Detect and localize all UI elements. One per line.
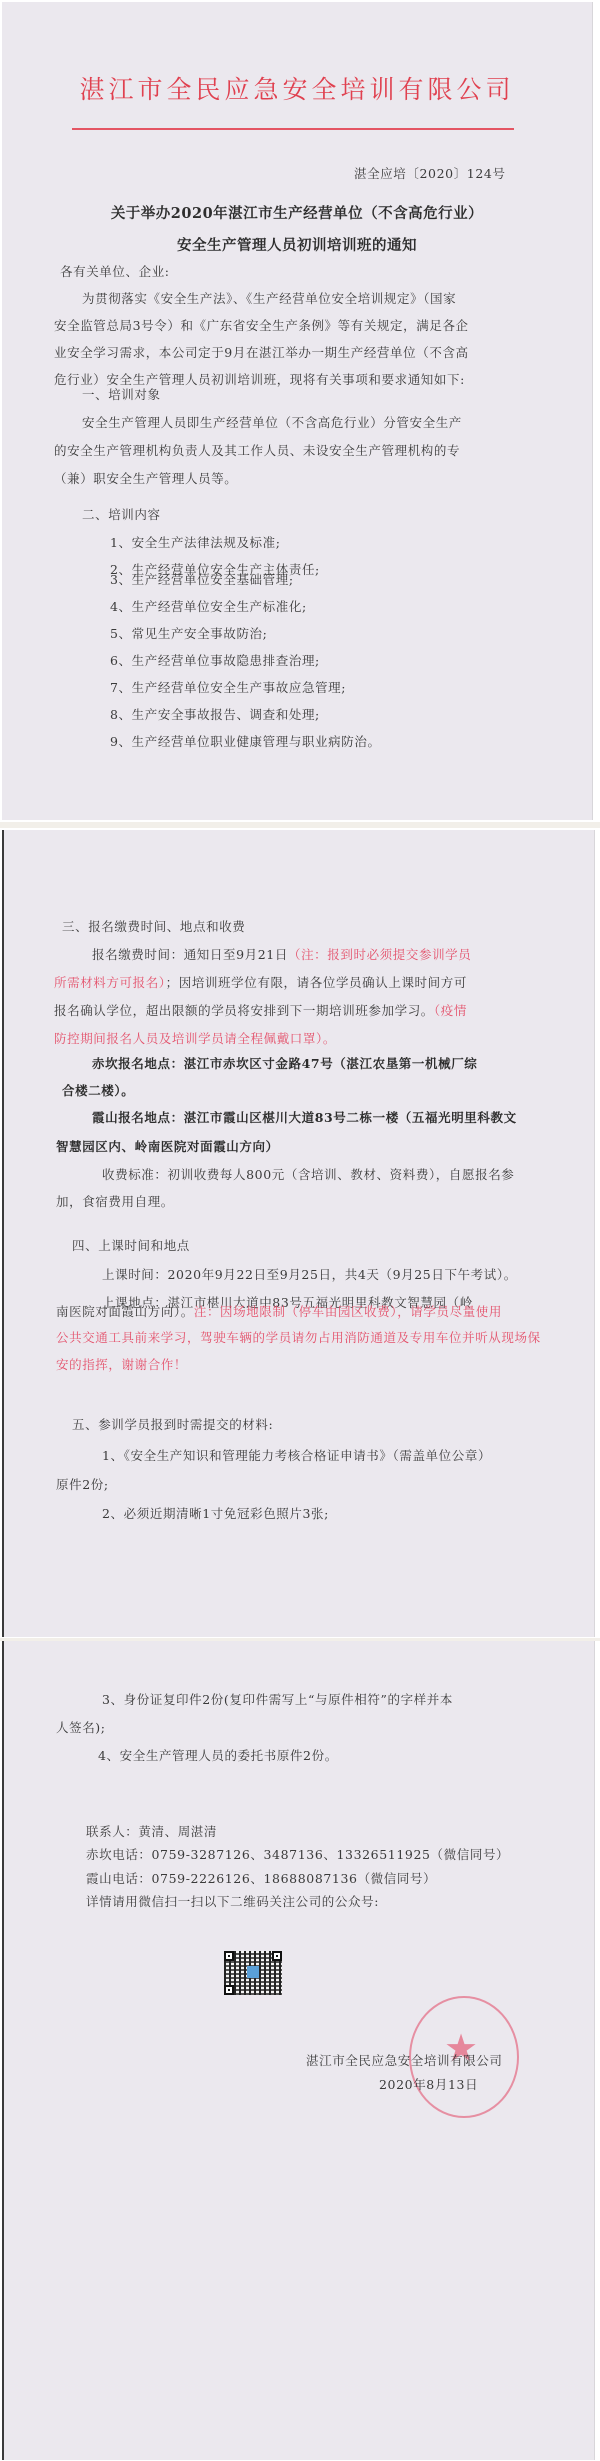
signature-date: 2020年8月13日 xyxy=(379,2077,478,2093)
page-separator xyxy=(0,822,600,828)
parking-note: 公共交通工具前来学习，驾驶车辆的学员请勿占用消防通道及专用车位并听从现场保 xyxy=(56,1330,541,1346)
document-title-line-2: 安全生产管理人员初训培训班的通知 xyxy=(2,234,592,255)
xiashan-phone: 霞山电话：0759-2226126、18688087136（微信同号） xyxy=(86,1871,436,1887)
qr-finder-pattern xyxy=(224,1985,234,1995)
document-page-3: 3、身份证复印件2份(复印件需写上“与原件相符”的字样并本 人签名); 4、安全… xyxy=(2,1641,595,2460)
materials-item: 人签名); xyxy=(56,1720,106,1736)
registration-time: 报名缴费时间：通知日至9月21日（注：报到时必须提交参训学员 xyxy=(92,947,471,963)
intro-line: 业安全学习需求，本公司定于9月在湛江举办一期生产经营单位（不含高 xyxy=(54,345,469,361)
section-3-heading: 三、报名缴费时间、地点和收费 xyxy=(62,919,245,935)
parking-note: 注：因场地限制（停车由园区收费），请学员尽量使用 xyxy=(194,1304,502,1319)
fee-standard: 收费标准：初训收费每人800元（含培训、教材、资料费），自愿报名参 xyxy=(102,1167,514,1183)
registration-time-text: 报名缴费时间：通知日至9月21日 xyxy=(92,947,288,962)
registration-time-cont: 所需材料方可报名）；因培训班学位有限，请各位学员确认上课时间方可 xyxy=(54,975,467,991)
materials-item: 4、安全生产管理人员的委托书原件2份。 xyxy=(98,1748,338,1764)
letterhead-title: 湛江市全民应急安全培训有限公司 xyxy=(2,70,592,106)
registration-note: （注：报到时必须提交参训学员 xyxy=(288,947,471,962)
class-time: 上课时间：2020年9月22日至9月25日，共4天（9月25日下午考试）。 xyxy=(102,1267,517,1283)
chikan-registration-address: 合楼二楼）。 xyxy=(62,1083,134,1099)
training-content-item: 6、生产经营单位事故隐患排查治理; xyxy=(110,653,320,669)
training-content-item: 7、生产经营单位安全生产事故应急管理; xyxy=(110,680,346,696)
qr-prompt: 详情请用微信扫一扫以下二维码关注公司的公众号: xyxy=(86,1894,379,1910)
section-1-text: 的安全生产管理机构负责人及其工作人员、未设安全生产管理机构的专 xyxy=(54,443,460,459)
section-1-text: （兼）职安全生产管理人员等。 xyxy=(54,471,237,487)
training-content-item: 9、生产经营单位职业健康管理与职业病防治。 xyxy=(110,734,381,750)
registration-time-text: ；因培训班学位有限，请各位学员确认上课时间方可 xyxy=(166,975,467,990)
section-1-heading: 一、培训对象 xyxy=(82,387,161,403)
section-4-heading: 四、上课时间和地点 xyxy=(72,1238,190,1254)
intro-line: 危行业）安全生产管理人员初训培训班，现将有关事项和要求通知如下: xyxy=(54,372,465,388)
class-location-cont: 南医院对面霞山方向）。注：因场地限制（停车由园区收费），请学员尽量使用 xyxy=(56,1304,502,1320)
document-page-1: 湛江市全民应急安全培训有限公司 湛全应培〔2020〕124号 关于举办2020年… xyxy=(2,2,593,820)
section-1-text: 安全生产管理人员即生产经营单位（不含高危行业）分管安全生产 xyxy=(82,415,462,431)
signature-company: 湛江市全民应急安全培训有限公司 xyxy=(306,2053,503,2069)
training-content-item: 5、常见生产安全事故防治; xyxy=(110,626,267,642)
materials-item: 3、身份证复印件2份(复印件需写上“与原件相符”的字样并本 xyxy=(102,1692,453,1708)
registration-note: 所需材料方可报名） xyxy=(54,975,166,990)
registration-time-text: 报名确认学位，超出限额的学员将安排到下一期培训班参加学习。 xyxy=(54,1003,434,1018)
intro-line: 安全监管总局3号令）和《广东省安全生产条例》等有关规定，满足各企 xyxy=(54,318,469,334)
epidemic-note: 防控期间报名人员及培训学员请全程佩戴口罩）。 xyxy=(54,1031,336,1047)
letterhead-red-rule xyxy=(72,128,514,130)
document-number: 湛全应培〔2020〕124号 xyxy=(354,166,506,182)
salutation: 各有关单位、企业: xyxy=(60,264,170,280)
training-content-item: 8、生产安全事故报告、调查和处理; xyxy=(110,707,320,723)
intro-line: 为贯彻落实《安全生产法》、《生产经营单位安全培训规定》（国家 xyxy=(82,291,456,307)
materials-item: 原件2份; xyxy=(56,1477,109,1493)
document-title-line-1: 关于举办2020年湛江市生产经营单位（不含高危行业） xyxy=(2,202,592,223)
training-content-item: 4、生产经营单位安全生产标准化; xyxy=(110,599,307,615)
parking-note: 安的指挥，谢谢合作！ xyxy=(56,1357,187,1373)
chikan-registration-address: 赤坎报名地点：湛江市赤坎区寸金路47号（湛江农垦第一机械厂综 xyxy=(92,1056,477,1072)
materials-item: 2、必须近期清晰1寸免冠彩色照片3张; xyxy=(102,1506,329,1522)
registration-time-cont: 报名确认学位，超出限额的学员将安排到下一期培训班参加学习。（疫情 xyxy=(54,1003,467,1019)
xiashan-registration-address: 霞山报名地点：湛江市霞山区椹川大道83号二栋一楼（五福光明里科教文 xyxy=(92,1110,517,1126)
chikan-phone: 赤坎电话：0759-3287126、3487136、13326511925（微信… xyxy=(86,1847,509,1863)
training-content-item: 3、生产经营单位安全基础管理; xyxy=(110,572,294,588)
class-location-text: 南医院对面霞山方向）。 xyxy=(56,1304,194,1319)
xiashan-registration-address: 智慧园区内、岭南医院对面霞山方向） xyxy=(56,1139,279,1155)
materials-item: 1、《安全生产知识和管理能力考核合格证申请书》（需盖单位公章） xyxy=(102,1448,491,1464)
qr-code-icon[interactable] xyxy=(224,1951,282,1995)
fee-standard: 加，食宿费用自理。 xyxy=(56,1194,174,1210)
section-2-heading: 二、培训内容 xyxy=(82,507,161,523)
qr-finder-pattern xyxy=(224,1951,234,1961)
training-content-item: 1、安全生产法律法规及标准; xyxy=(110,535,281,551)
qr-finder-pattern xyxy=(272,1951,282,1961)
section-5-heading: 五、参训学员报到时需提交的材料: xyxy=(72,1417,273,1433)
document-page-2: 三、报名缴费时间、地点和收费 报名缴费时间：通知日至9月21日（注：报到时必须提… xyxy=(2,830,595,1637)
epidemic-note: （疫情 xyxy=(434,1003,467,1018)
qr-logo-icon xyxy=(247,1966,259,1978)
contact-persons: 联系人：黄清、周湛清 xyxy=(86,1824,217,1840)
